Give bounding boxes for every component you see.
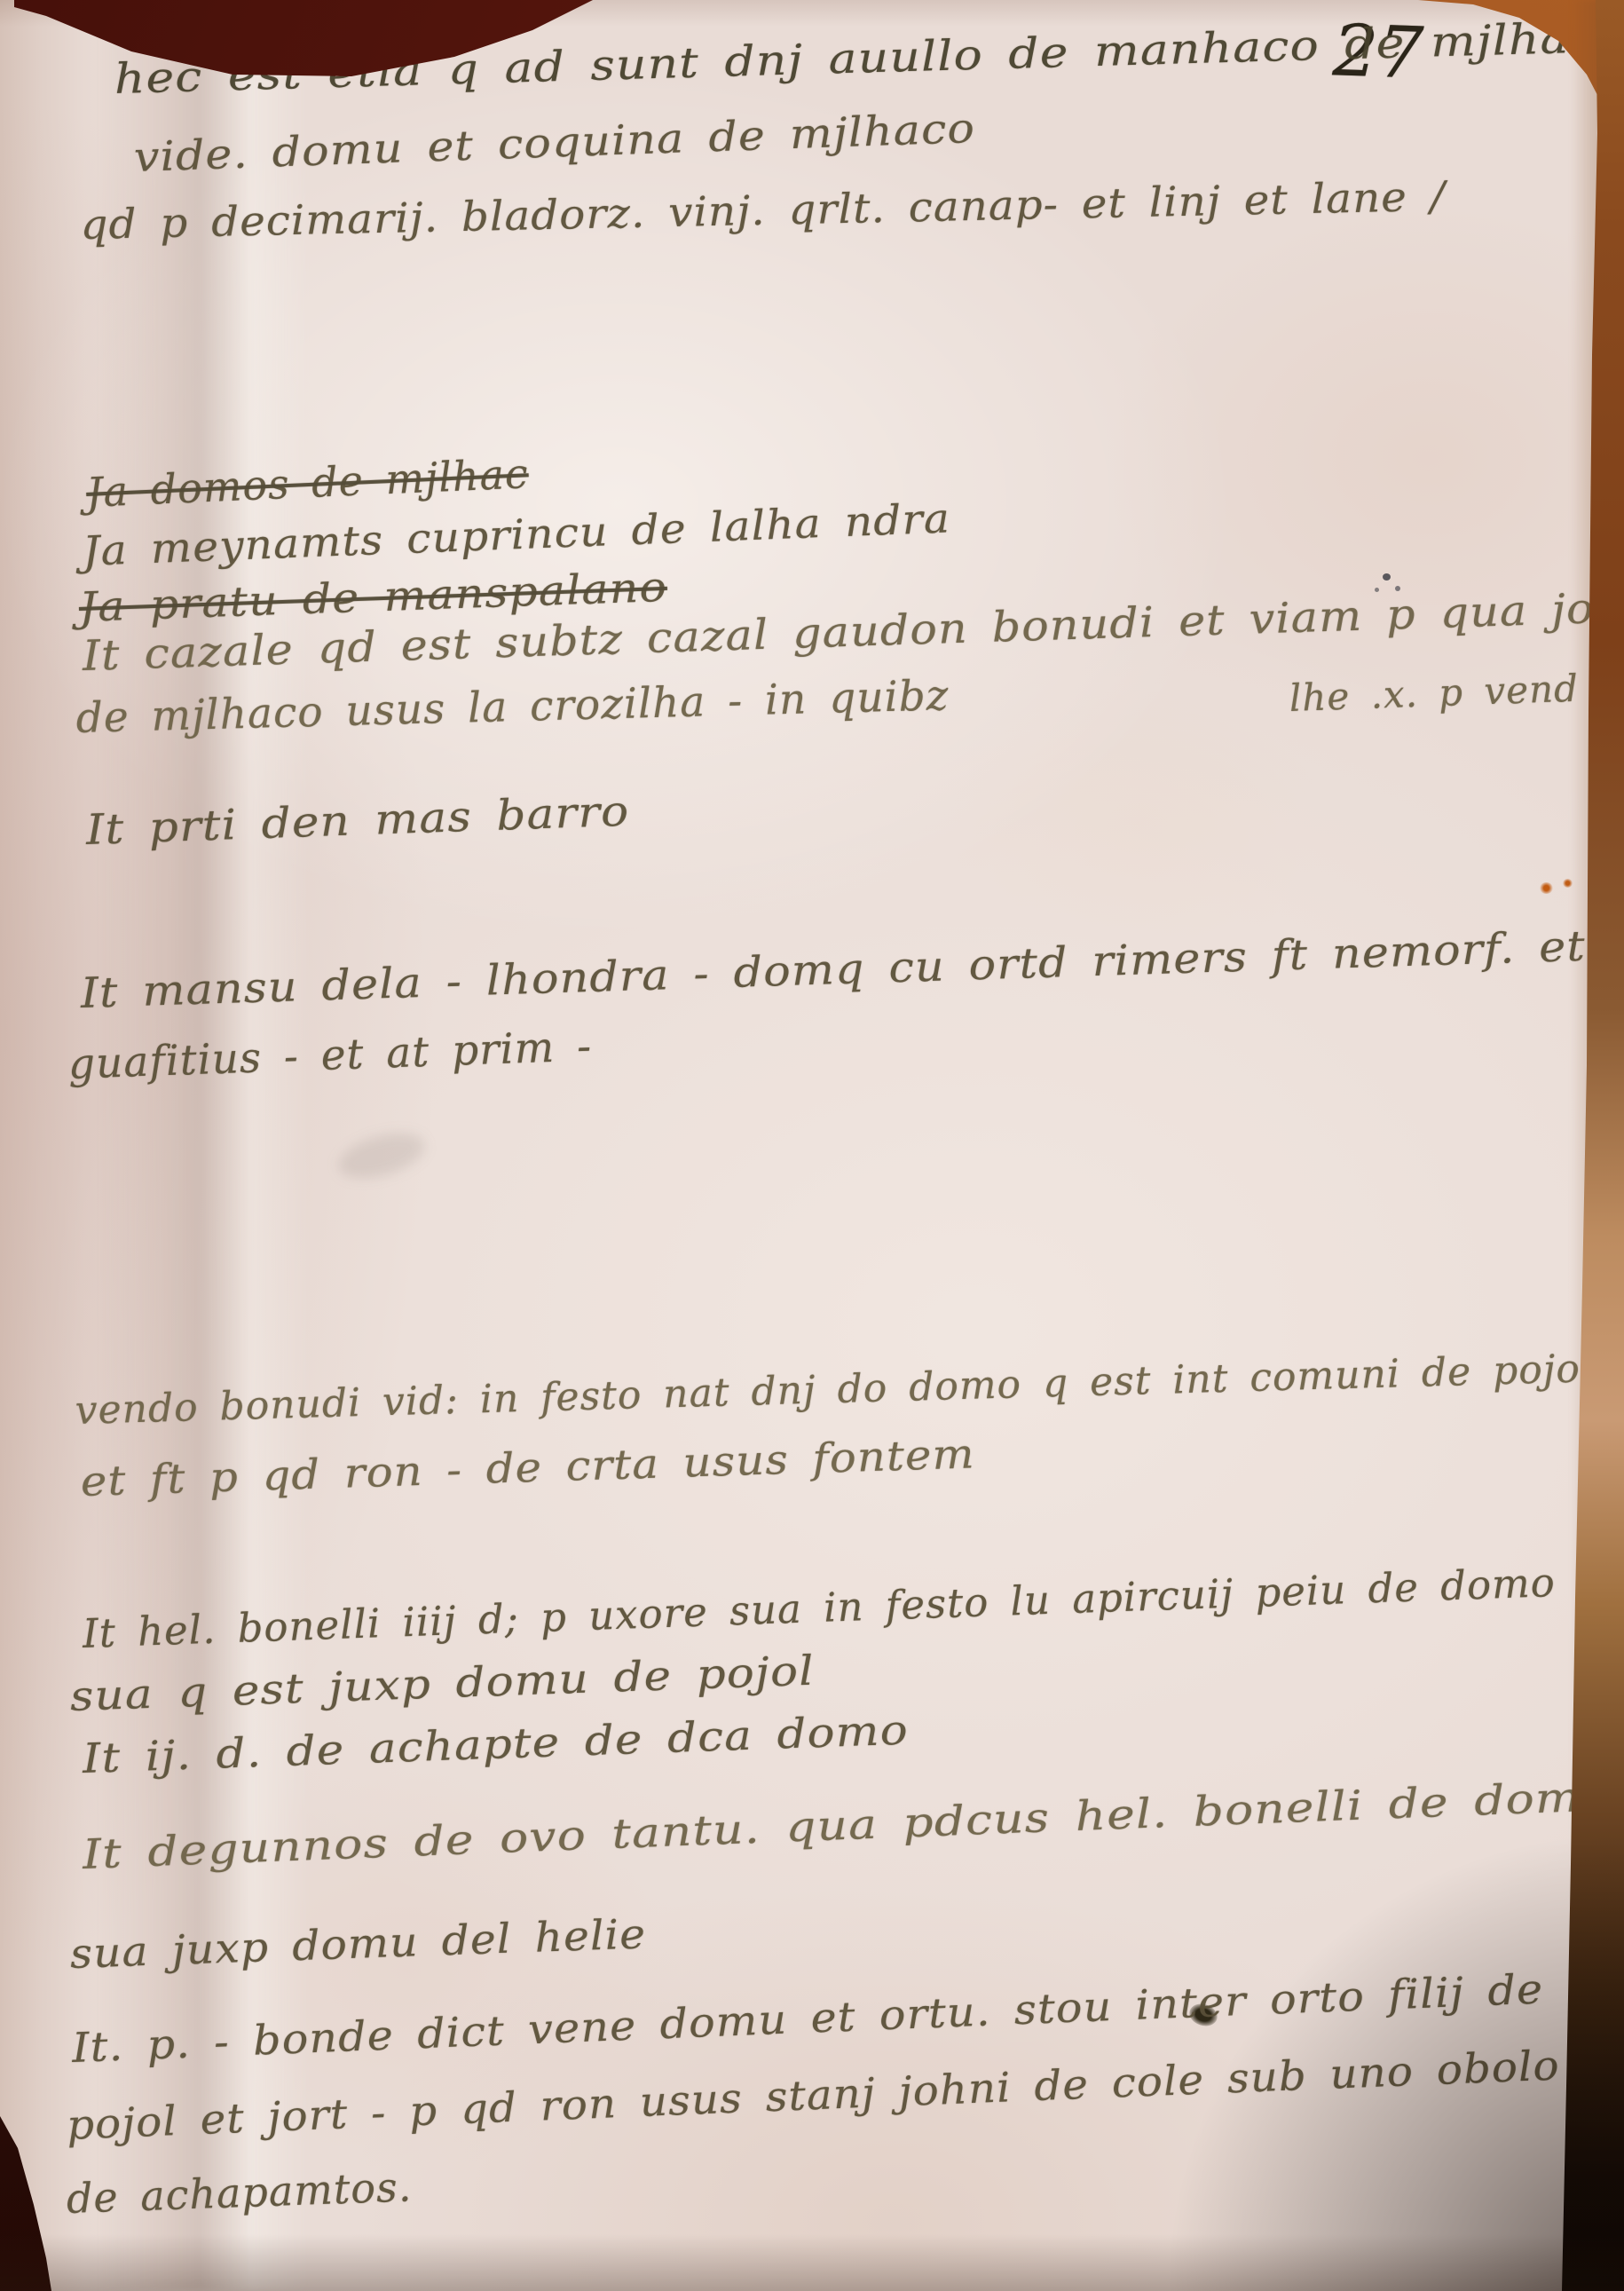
manuscript-photo: 27 hec est etia q ad sunt dnj auullo de …	[0, 0, 1624, 2291]
shadow-vignette-bottom-right	[1163, 1829, 1624, 2291]
ink-specks	[1383, 573, 1391, 581]
rust-stain	[1540, 882, 1553, 894]
